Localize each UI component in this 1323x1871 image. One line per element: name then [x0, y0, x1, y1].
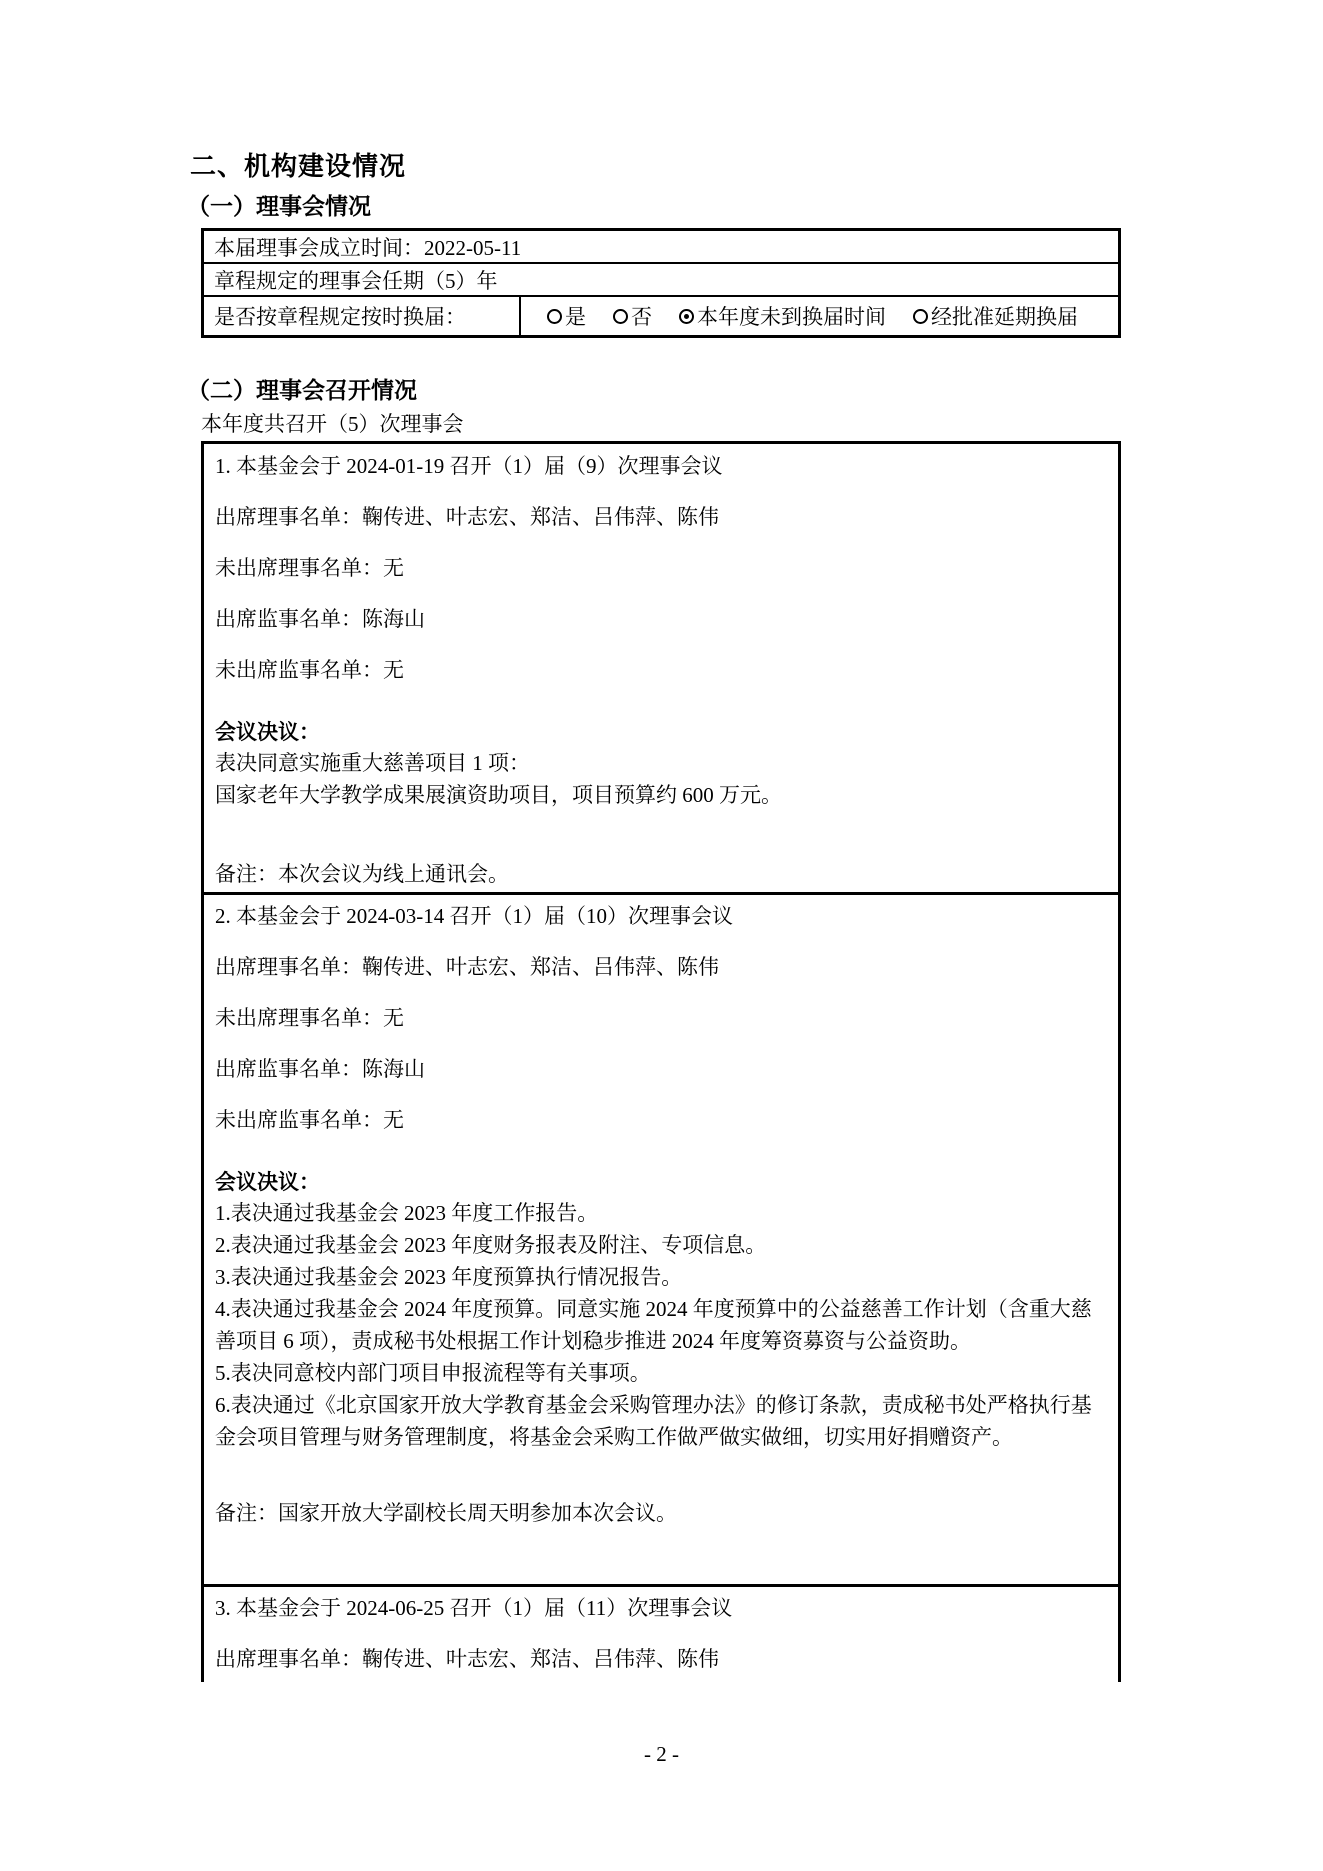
absent-supervisors-line: 未出席监事名单：无 [215, 1105, 1110, 1135]
meeting-title: 2. 本基金会于 2024-03-14 召开（1）届（10）次理事会议 [215, 901, 1110, 931]
council-section-heading: （一）理事会情况 [187, 192, 371, 220]
resolution-text: 表决同意实施重大慈善项目 1 项： 国家老年大学教学成果展演资助项目，项目预算约… [215, 747, 1110, 811]
reelect-question-cell: 是否按章程规定按时换届： [204, 297, 521, 335]
attend-directors-line: 出席理事名单：鞠传进、叶志宏、郑洁、吕伟萍、陈伟 [215, 952, 1110, 982]
table-row: 章程规定的理事会任期（5）年 [204, 262, 1118, 295]
meeting-record-3: 3. 本基金会于 2024-06-25 召开（1）届（11）次理事会议 出席理事… [204, 1584, 1118, 1682]
meeting-note: 备注：国家开放大学副校长周天明参加本次会议。 [215, 1498, 1110, 1528]
table-row: 是否按章程规定按时换届： 是 否 本年度未到换届时间 经批准延期换届 [204, 295, 1118, 335]
attend-supervisors-line: 出席监事名单：陈海山 [215, 1054, 1110, 1084]
council-table: 本届理事会成立时间：2022-05-11 章程规定的理事会任期（5）年 是否按章… [201, 228, 1121, 338]
meetings-intro: 本年度共召开（5）次理事会 [201, 410, 464, 438]
radio-icon [913, 309, 928, 324]
attend-supervisors-line: 出席监事名单：陈海山 [215, 604, 1110, 634]
reelect-question-label: 是否按章程规定按时换届： [214, 301, 466, 331]
absent-supervisors-line: 未出席监事名单：无 [215, 655, 1110, 685]
meeting-record-2: 2. 本基金会于 2024-03-14 召开（1）届（10）次理事会议 出席理事… [204, 892, 1118, 1584]
radio-icon [679, 309, 694, 324]
radio-option-no: 否 [613, 301, 652, 331]
page-number: - 2 - [0, 1741, 1323, 1767]
council-term-text: 章程规定的理事会任期（5）年 [214, 265, 498, 295]
meeting-record-1: 1. 本基金会于 2024-01-19 召开（1）届（9）次理事会议 出席理事名… [204, 444, 1118, 892]
resolution-heading: 会议决议： [215, 717, 1110, 747]
resolution-heading: 会议决议： [215, 1167, 1110, 1197]
section-title: 二、机构建设情况 [190, 150, 406, 182]
absent-directors-line: 未出席理事名单：无 [215, 553, 1110, 583]
attend-directors-line: 出席理事名单：鞠传进、叶志宏、郑洁、吕伟萍、陈伟 [215, 1644, 1110, 1674]
meeting-title: 3. 本基金会于 2024-06-25 召开（1）届（11）次理事会议 [215, 1593, 1110, 1623]
reelect-radio-group: 是 否 本年度未到换届时间 经批准延期换届 [521, 297, 1118, 335]
radio-option-approved-delay: 经批准延期换届 [913, 301, 1078, 331]
attend-directors-line: 出席理事名单：鞠传进、叶志宏、郑洁、吕伟萍、陈伟 [215, 502, 1110, 532]
radio-option-label: 经批准延期换届 [931, 301, 1078, 331]
radio-option-not-due: 本年度未到换届时间 [679, 301, 886, 331]
council-established-text: 本届理事会成立时间：2022-05-11 [214, 232, 521, 262]
table-row: 本届理事会成立时间：2022-05-11 [204, 231, 1118, 262]
meetings-table: 1. 本基金会于 2024-01-19 召开（1）届（9）次理事会议 出席理事名… [201, 441, 1121, 1682]
radio-option-label: 本年度未到换届时间 [697, 301, 886, 331]
resolution-text: 1.表决通过我基金会 2023 年度工作报告。 2.表决通过我基金会 2023 … [215, 1197, 1110, 1453]
meeting-note: 备注：本次会议为线上通讯会。 [215, 859, 1110, 889]
radio-option-yes: 是 [547, 301, 586, 331]
radio-option-label: 否 [631, 301, 652, 331]
absent-directors-line: 未出席理事名单：无 [215, 1003, 1110, 1033]
document-page: 二、机构建设情况 （一）理事会情况 本届理事会成立时间：2022-05-11 章… [0, 0, 1323, 1871]
radio-option-label: 是 [565, 301, 586, 331]
meeting-title: 1. 本基金会于 2024-01-19 召开（1）届（9）次理事会议 [215, 451, 1110, 481]
radio-icon [547, 309, 562, 324]
radio-icon [613, 309, 628, 324]
meetings-section-heading: （二）理事会召开情况 [187, 376, 417, 404]
